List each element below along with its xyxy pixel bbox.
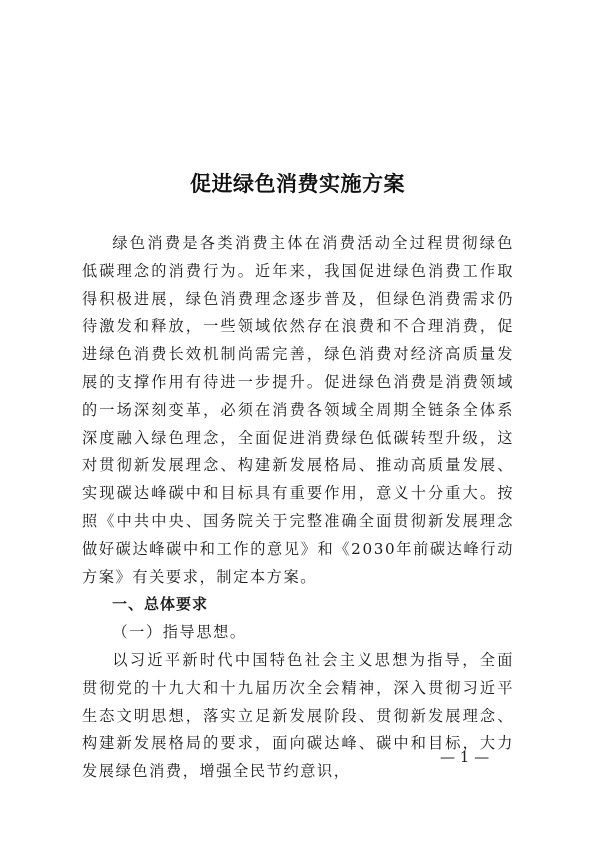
document-page: 促进绿色消费实施方案 绿色消费是各类消费主体在消费活动全过程贯彻绿色低碳理念的消… — [0, 0, 595, 841]
document-title: 促进绿色消费实施方案 — [0, 170, 595, 198]
subsection-heading-guiding-ideology: （一）指导思想。 — [82, 619, 514, 647]
page-number: — 1 — — [440, 748, 530, 766]
document-body: 绿色消费是各类消费主体在消费活动全过程贯彻绿色低碳理念的消费行为。近年来，我国促… — [82, 230, 514, 786]
intro-paragraph: 绿色消费是各类消费主体在消费活动全过程贯彻绿色低碳理念的消费行为。近年来，我国促… — [82, 230, 514, 591]
section-heading-general-requirements: 一、总体要求 — [82, 591, 514, 619]
